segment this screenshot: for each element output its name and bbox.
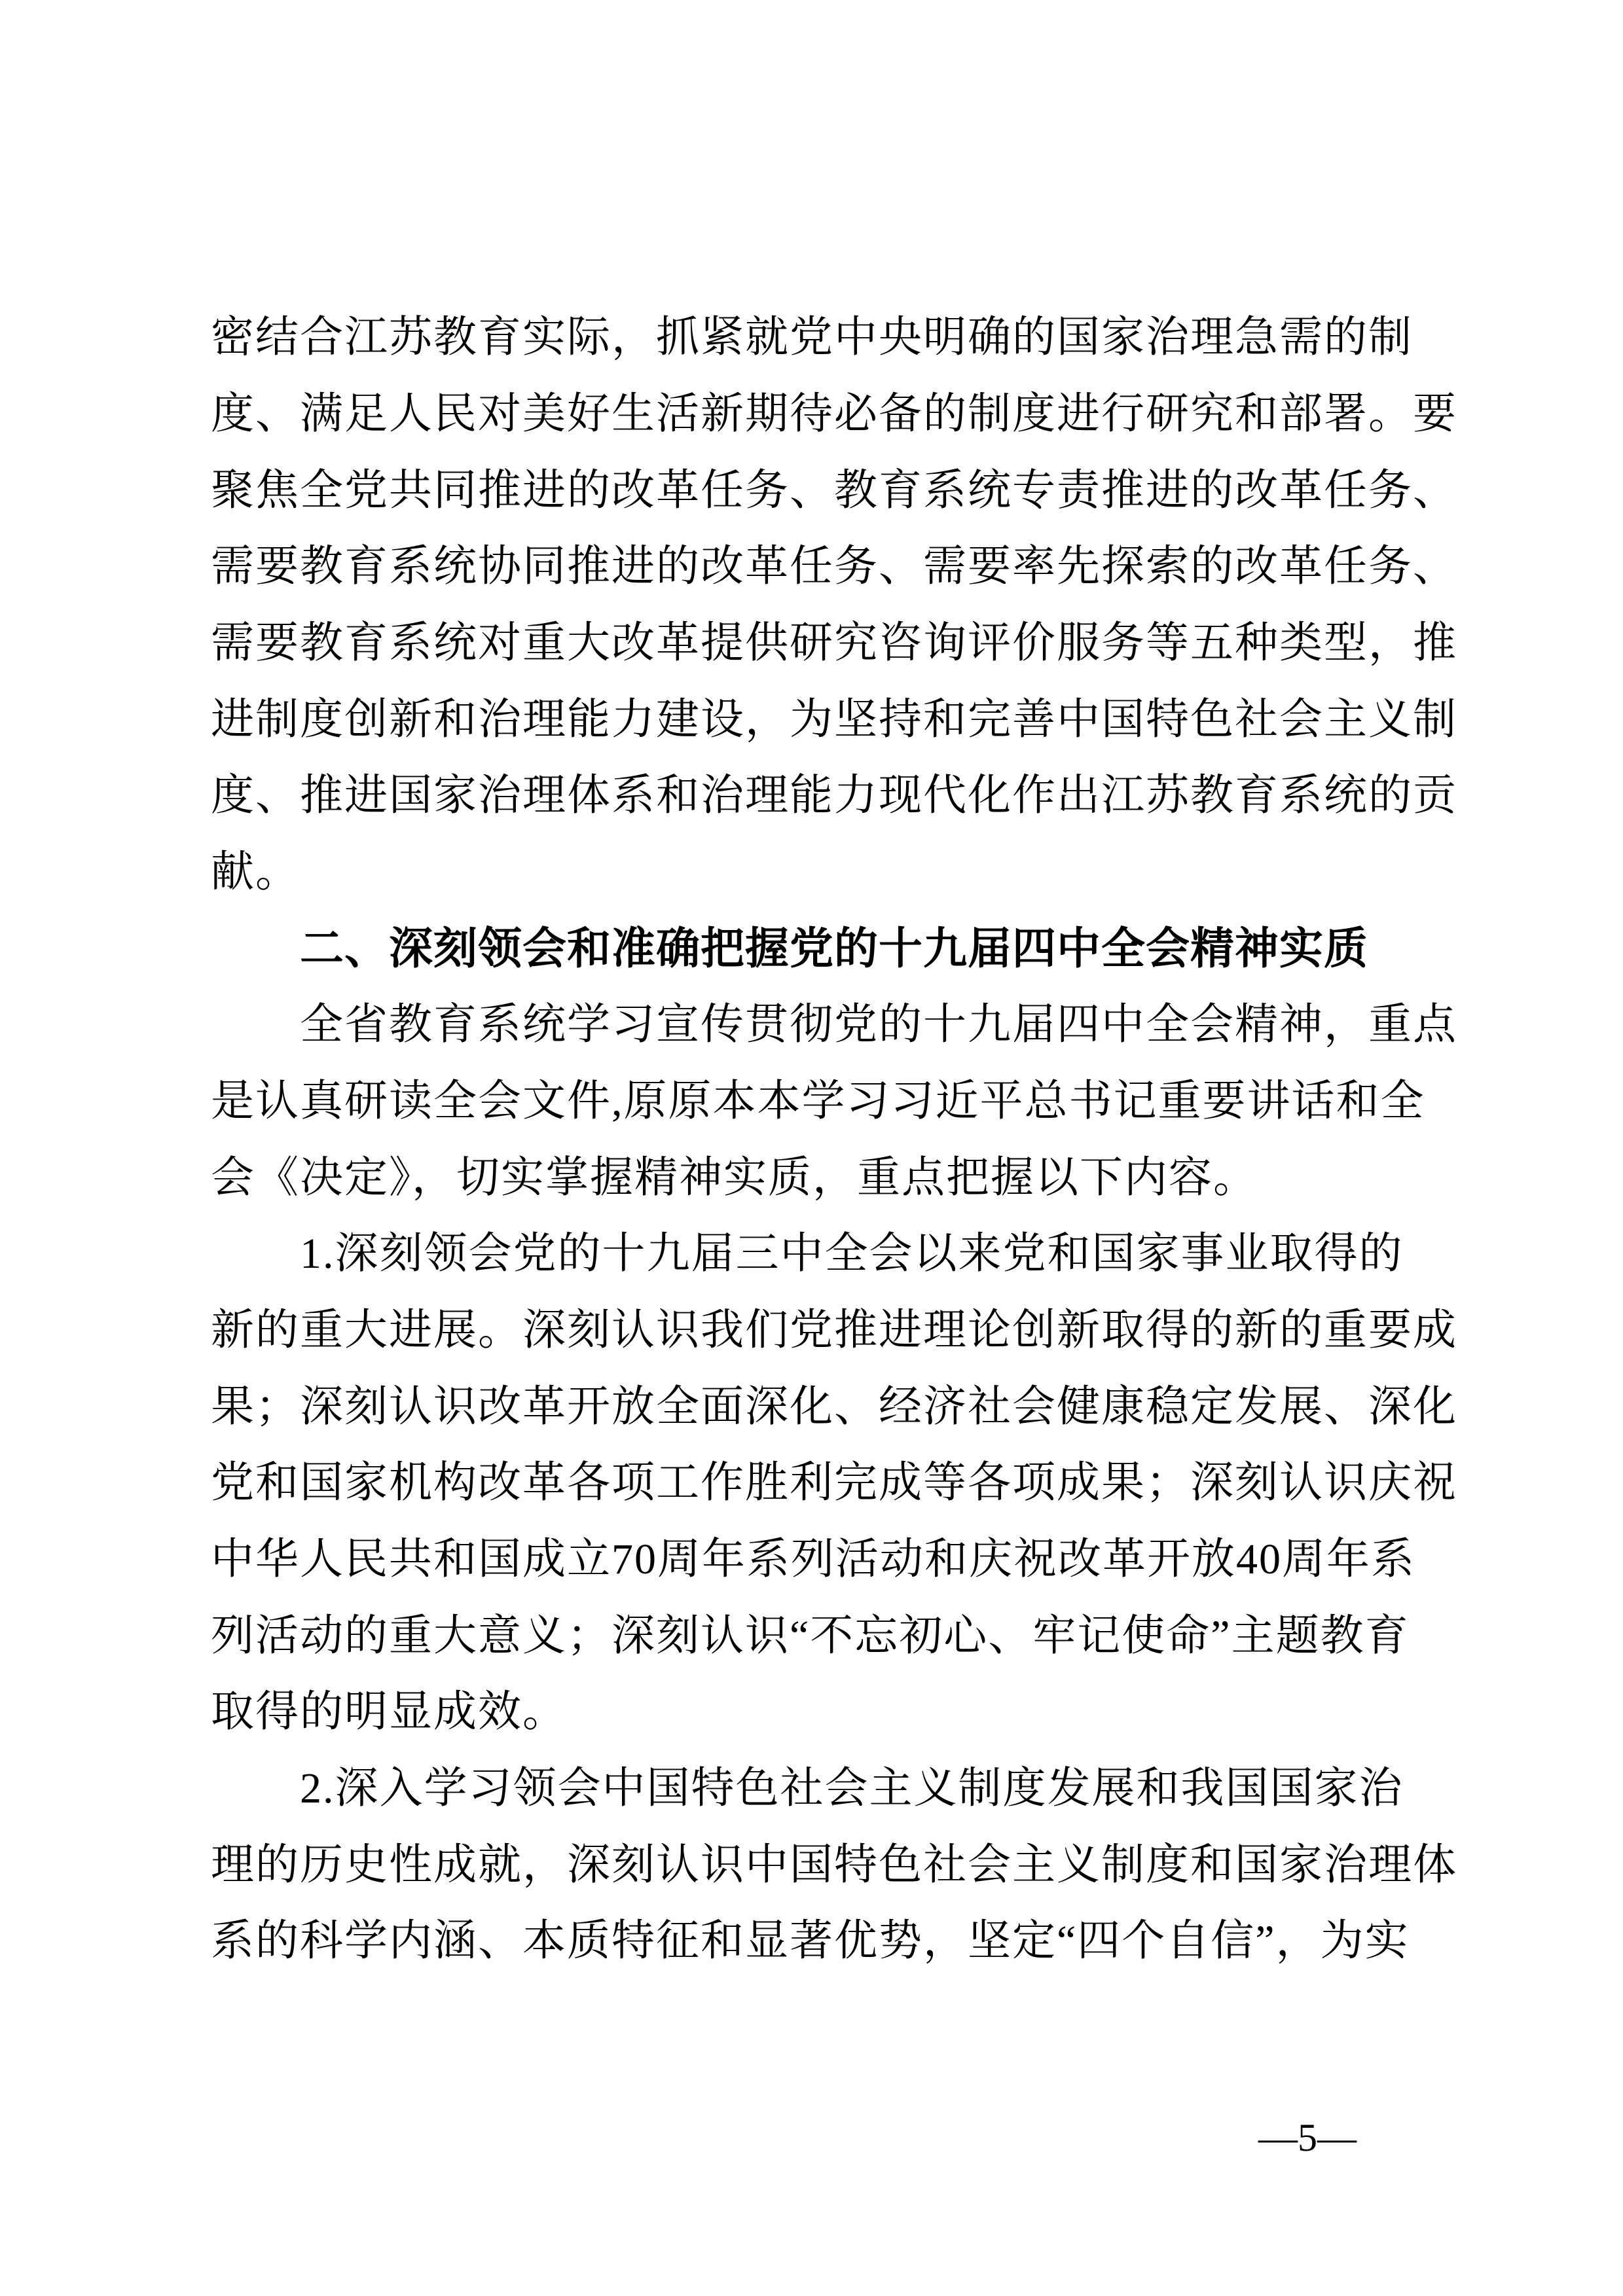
text-line: 中华人民共和国成立70周年系列活动和庆祝改革开放40周年系: [211, 1538, 1415, 1581]
text-line: 全省教育系统学习宣传贯彻党的十九届四中全会精神，重点: [300, 1003, 1457, 1047]
text-line: 度、推进国家治理体系和治理能力现代化作出江苏教育系统的贡: [211, 774, 1457, 817]
text-line: 会《决定》，切实掌握精神实质，重点把握以下内容。: [211, 1157, 1258, 1200]
text-line: 需要教育系统对重大改革提供研究咨询评价服务等五种类型，推: [211, 622, 1457, 665]
text-line: 是认真研读全会文件,原原本本学习习近平总书记重要讲话和全: [211, 1080, 1425, 1123]
document-page: 密结合江苏教育实际，抓紧就党中央明确的国家治理急需的制 度、满足人民对美好生活新…: [0, 0, 1623, 2296]
text-line: 密结合江苏教育实际，抓紧就党中央明确的国家治理急需的制: [211, 316, 1413, 359]
text-line: 系的科学内涵、本质特征和显著优势，坚定“四个自信”，为实: [211, 1920, 1410, 1963]
text-line: 党和国家机构改革各项工作胜利完成等各项成果；深刻认识庆祝: [211, 1462, 1457, 1505]
page-number: —5—: [1258, 2118, 1357, 2157]
text-line: 进制度创新和治理能力建设，为坚持和完善中国特色社会主义制: [211, 698, 1457, 742]
text-line: 聚焦全党共同推进的改革任务、教育系统专责推进的改革任务、: [211, 469, 1457, 512]
section-heading: 二、深刻领会和准确把握党的十九届四中全会精神实质: [300, 927, 1368, 971]
text-line: 新的重大进展。深刻认识我们党推进理论创新取得的新的重要成: [211, 1309, 1457, 1352]
text-line: 1.深刻领会党的十九届三中全会以来党和国家事业取得的: [300, 1232, 1404, 1276]
text-line: 理的历史性成就，深刻认识中国特色社会主义制度和国家治理体: [211, 1844, 1457, 1887]
text-line: 2.深入学习领会中国特色社会主义制度发展和我国国家治: [300, 1767, 1404, 1810]
text-line: 果；深刻认识改革开放全面深化、经济社会健康稳定发展、深化: [211, 1386, 1457, 1429]
text-line: 取得的明显成效。: [211, 1691, 567, 1734]
text-line: 度、满足人民对美好生活新期待必备的制度进行研究和部署。要: [211, 393, 1457, 436]
text-line: 列活动的重大意义；深刻认识“不忘初心、牢记使命”主题教育: [211, 1615, 1410, 1658]
text-line: 献。: [211, 851, 300, 894]
text-line: 需要教育系统协同推进的改革任务、需要率先探索的改革任务、: [211, 545, 1457, 588]
